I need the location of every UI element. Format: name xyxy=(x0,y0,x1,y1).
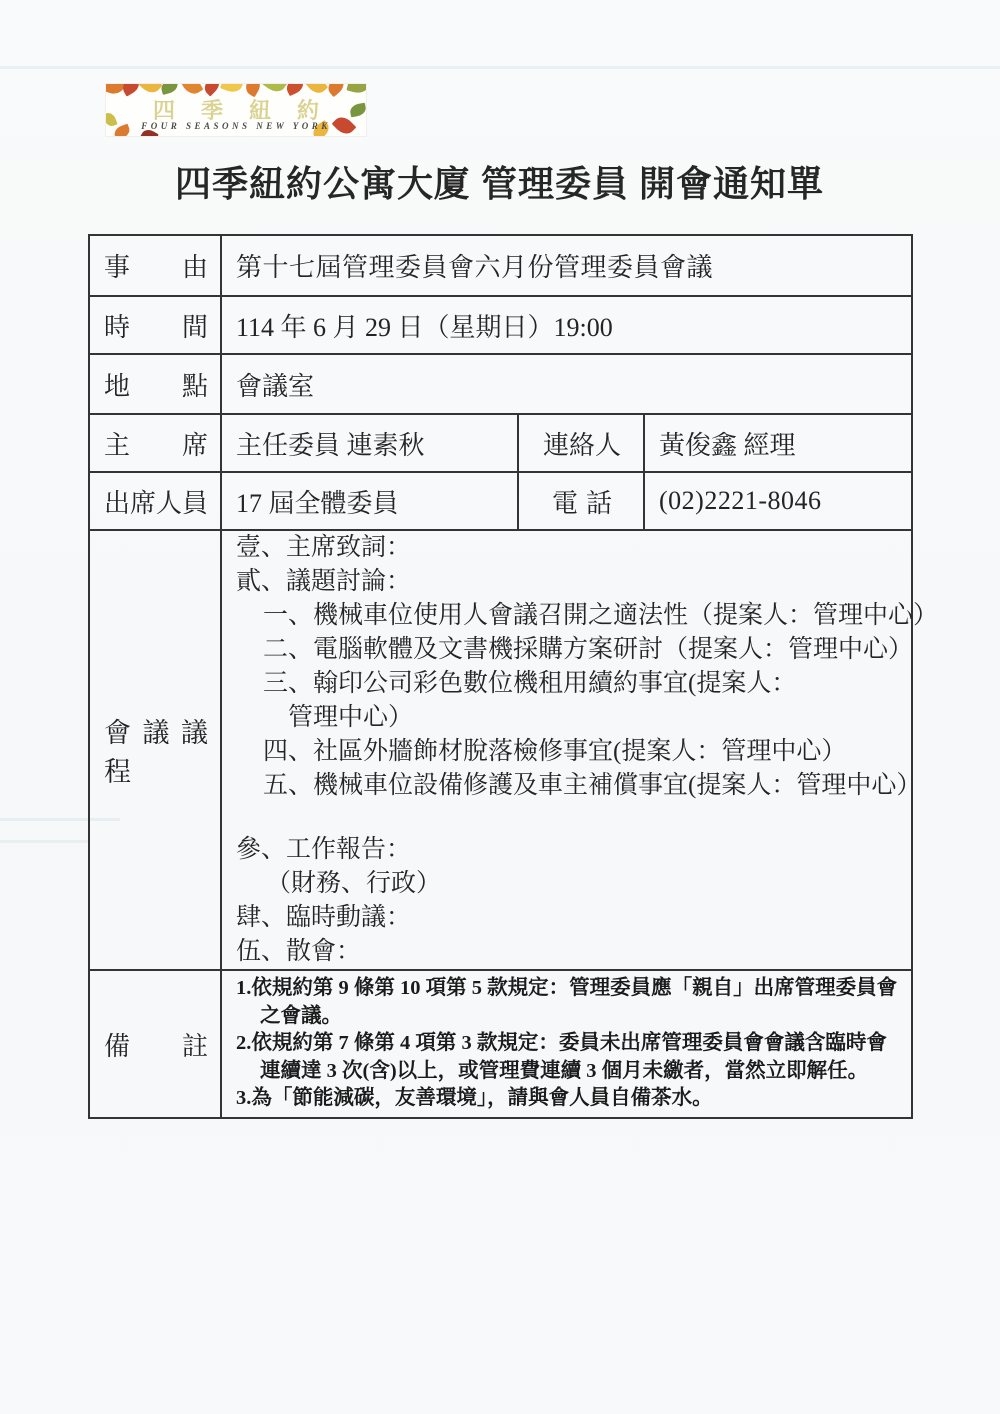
place-label: 地點 xyxy=(89,354,221,414)
agenda-content: 壹、主席致詞： 貳、議題討論： 一、機械車位使用人會議召開之適法性（提案人：管理… xyxy=(221,530,912,970)
chair-label: 主席 xyxy=(89,414,221,472)
agenda-label: 會議議程 xyxy=(89,530,221,970)
contact-label: 連絡人 xyxy=(518,414,644,472)
logo-english-text: FOUR SEASONS NEW YORK xyxy=(106,121,366,131)
four-seasons-logo: 四季紐約 FOUR SEASONS NEW YORK xyxy=(105,83,367,137)
table-row: 地點 會議室 xyxy=(89,354,912,414)
scanned-document-page: 四季紐約 FOUR SEASONS NEW YORK 四季紐約公寓大廈 管理委員… xyxy=(0,0,1000,1414)
subject-label: 事由 xyxy=(89,235,221,296)
attendees-label: 出席人員 xyxy=(89,472,221,530)
time-label: 時間 xyxy=(89,296,221,354)
place-value: 會議室 xyxy=(221,354,912,414)
meeting-notice-table: 事由 第十七屆管理委員會六月份管理委員會議 時間 114 年 6 月 29 日（… xyxy=(88,234,913,1119)
phone-value: (02)2221-8046 xyxy=(644,472,912,530)
table-row: 備註 1.依規約第 9 條第 10 項第 5 款規定：管理委員應「親自」出席管理… xyxy=(89,970,912,1118)
agenda-line: 貳、議題討論： xyxy=(236,565,899,599)
contact-value: 黃俊鑫 經理 xyxy=(644,414,912,472)
agenda-line: 三、翰印公司彩色數位機租用續約事宜(提案人： xyxy=(236,667,899,701)
phone-label: 電話 xyxy=(518,472,644,530)
remark-item: 2.依規約第 7 條第 4 項第 3 款規定：委員未出席管理委員會會議含臨時會連… xyxy=(236,1030,899,1085)
agenda-line: 伍、散會： xyxy=(236,935,899,969)
remarks-content: 1.依規約第 9 條第 10 項第 5 款規定：管理委員應「親自」出席管理委員會… xyxy=(221,970,912,1118)
table-row: 主席 主任委員 連素秋 連絡人 黃俊鑫 經理 xyxy=(89,414,912,472)
agenda-line: 四、社區外牆飾材脫落檢修事宜(提案人：管理中心） xyxy=(236,735,899,769)
table-row: 事由 第十七屆管理委員會六月份管理委員會議 xyxy=(89,235,912,296)
table-row: 時間 114 年 6 月 29 日（星期日）19:00 xyxy=(89,296,912,354)
table-row: 出席人員 17 屆全體委員 電話 (02)2221-8046 xyxy=(89,472,912,530)
agenda-line: 壹、主席致詞： xyxy=(236,531,899,565)
attendees-value: 17 屆全體委員 xyxy=(221,472,518,530)
remark-item: 3.為「節能減碳，友善環境」，請與會人員自備茶水。 xyxy=(236,1085,899,1113)
time-value: 114 年 6 月 29 日（星期日）19:00 xyxy=(221,296,912,354)
agenda-line: 肆、臨時動議： xyxy=(236,901,899,935)
agenda-line: 管理中心） xyxy=(236,701,899,735)
scan-streak xyxy=(0,840,90,843)
subject-value: 第十七屆管理委員會六月份管理委員會議 xyxy=(221,235,912,296)
agenda-line: 二、電腦軟體及文書機採購方案研討（提案人：管理中心） xyxy=(236,633,899,667)
scan-streak xyxy=(0,66,1000,69)
page-title: 四季紐約公寓大廈 管理委員 開會通知單 xyxy=(88,156,911,207)
agenda-line: （財務、行政） xyxy=(236,867,899,901)
chair-value: 主任委員 連素秋 xyxy=(221,414,518,472)
agenda-line: 參、工作報告： xyxy=(236,833,899,867)
table-row: 會議議程 壹、主席致詞： 貳、議題討論： 一、機械車位使用人會議召開之適法性（提… xyxy=(89,530,912,970)
remarks-label: 備註 xyxy=(89,970,221,1118)
agenda-line: 五、機械車位設備修護及車主補償事宜(提案人：管理中心） xyxy=(236,769,899,803)
agenda-line: 一、機械車位使用人會議召開之適法性（提案人：管理中心） xyxy=(236,599,899,633)
remark-item: 1.依規約第 9 條第 10 項第 5 款規定：管理委員應「親自」出席管理委員會… xyxy=(236,975,899,1030)
